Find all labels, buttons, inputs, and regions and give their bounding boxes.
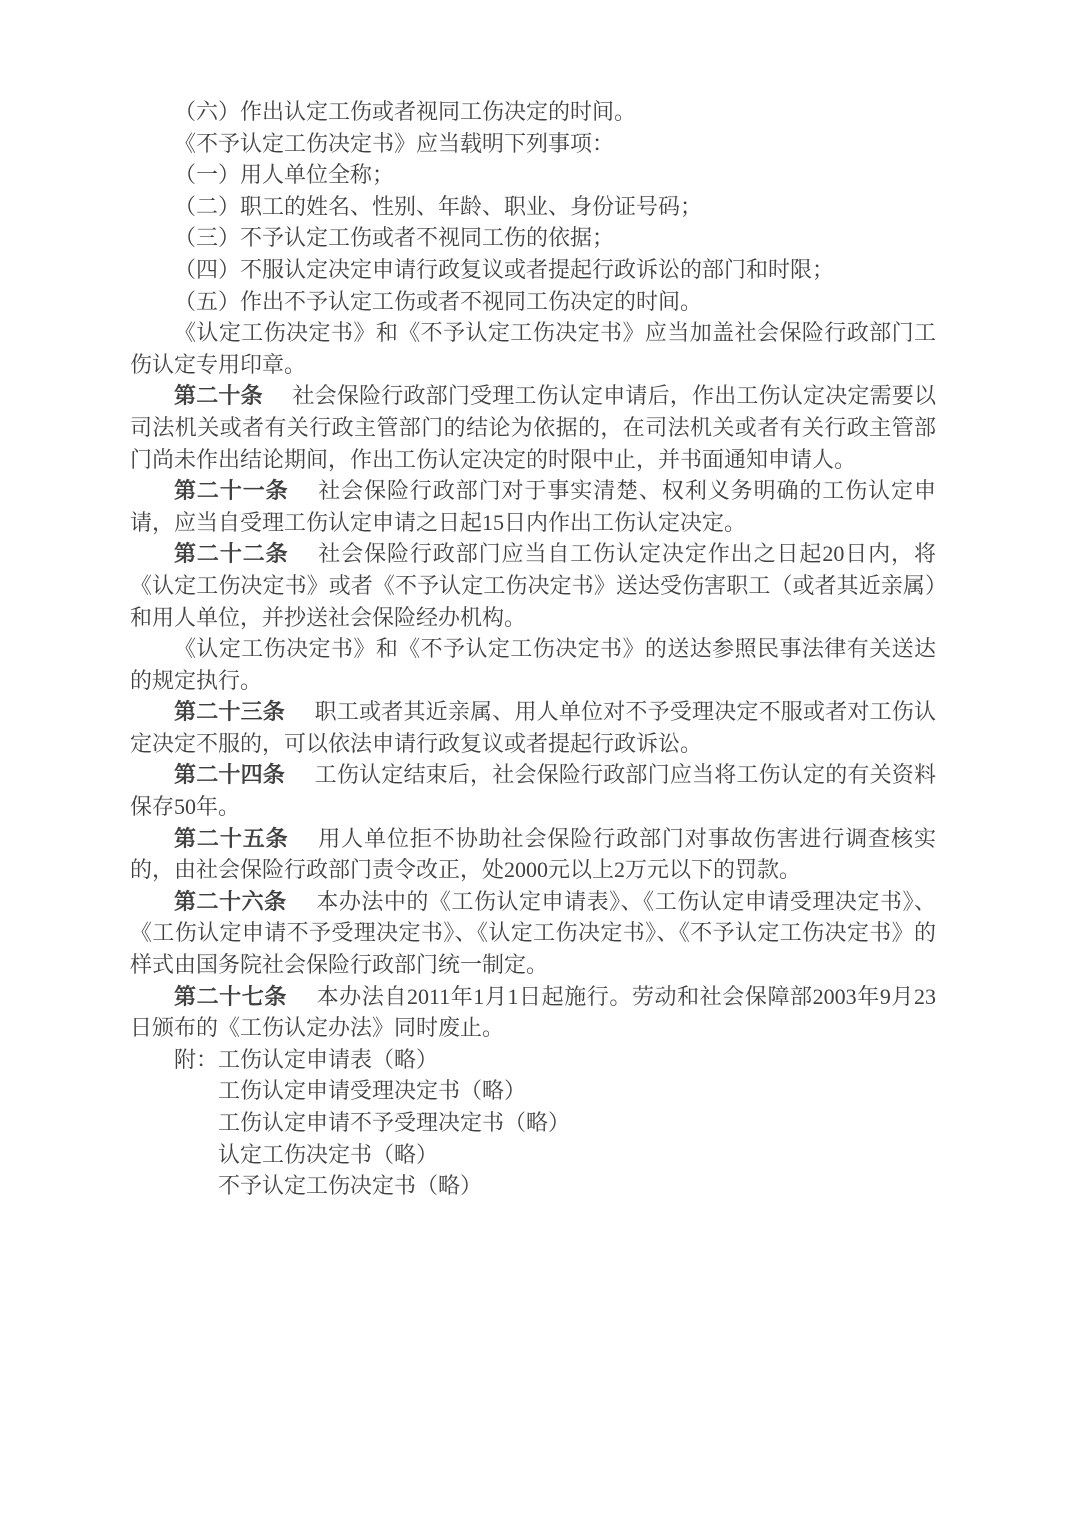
- attachment-line: 附：工伤认定申请表（略）: [130, 1044, 936, 1076]
- paragraph-text: （六）作出认定工伤或者视同工伤决定的时间。: [174, 99, 636, 124]
- attachment-line: 工伤认定申请受理决定书（略）: [130, 1075, 936, 1107]
- paragraph-text: （五）作出不予认定工伤或者不视同工伤决定的时间。: [174, 289, 702, 314]
- article-paragraph: 第二十二条社会保险行政部门应当自工伤认定决定作出之日起20日内，将《认定工伤决定…: [130, 538, 936, 633]
- attachment-line: 认定工伤决定书（略）: [130, 1139, 936, 1171]
- paragraph-text: 工伤认定申请受理决定书（略）: [218, 1078, 526, 1103]
- article-number: 第二十六条: [174, 889, 287, 914]
- article-paragraph: 第二十七条本办法自2011年1月1日起施行。劳动和社会保障部2003年9月23日…: [130, 981, 936, 1044]
- article-number: 第二十四条: [174, 762, 285, 787]
- body-paragraph: 《不予认定工伤决定书》应当载明下列事项：: [130, 128, 936, 160]
- paragraph-text: 《不予认定工伤决定书》应当载明下列事项：: [174, 131, 614, 156]
- paragraph-text: 不予认定工伤决定书（略）: [218, 1173, 482, 1198]
- document-content: （六）作出认定工伤或者视同工伤决定的时间。《不予认定工伤决定书》应当载明下列事项…: [130, 96, 936, 1202]
- article-number: 第二十七条: [174, 984, 287, 1009]
- paragraph-text: （四）不服认定决定申请行政复议或者提起行政诉讼的部门和时限；: [174, 257, 834, 282]
- article-number: 第二十条: [174, 383, 263, 408]
- paragraph-text: （一）用人单位全称；: [174, 162, 394, 187]
- article-number: 第二十三条: [174, 699, 285, 724]
- attachment-line: 工伤认定申请不予受理决定书（略）: [130, 1107, 936, 1139]
- paragraph-text: 《认定工伤决定书》和《不予认定工伤决定书》应当加盖社会保险行政部门工伤认定专用印…: [130, 320, 936, 377]
- article-number: 第二十五条: [174, 826, 289, 851]
- body-paragraph: 《认定工伤决定书》和《不予认定工伤决定书》的送达参照民事法律有关送达的规定执行。: [130, 633, 936, 696]
- paragraph-text: （三）不予认定工伤或者不视同工伤的依据；: [174, 225, 614, 250]
- document-page: （六）作出认定工伤或者视同工伤决定的时间。《不予认定工伤决定书》应当载明下列事项…: [0, 0, 1074, 1520]
- article-number: 第二十一条: [174, 478, 289, 503]
- paragraph-text: 工伤认定申请表（略）: [218, 1047, 438, 1072]
- body-paragraph: （三）不予认定工伤或者不视同工伤的依据；: [130, 222, 936, 254]
- paragraph-text: （二）职工的姓名、性别、年龄、职业、身份证号码；: [174, 194, 702, 219]
- article-paragraph: 第二十一条社会保险行政部门对于事实清楚、权利义务明确的工伤认定申请，应当自受理工…: [130, 475, 936, 538]
- body-paragraph: （二）职工的姓名、性别、年龄、职业、身份证号码；: [130, 191, 936, 223]
- article-paragraph: 第二十条社会保险行政部门受理工伤认定申请后，作出工伤认定决定需要以司法机关或者有…: [130, 380, 936, 475]
- body-paragraph: 《认定工伤决定书》和《不予认定工伤决定书》应当加盖社会保险行政部门工伤认定专用印…: [130, 317, 936, 380]
- attachment-label: 附：: [174, 1047, 218, 1072]
- body-paragraph: （四）不服认定决定申请行政复议或者提起行政诉讼的部门和时限；: [130, 254, 936, 286]
- article-paragraph: 第二十三条职工或者其近亲属、用人单位对不予受理决定不服或者对工伤认定决定不服的，…: [130, 696, 936, 759]
- body-paragraph: （五）作出不予认定工伤或者不视同工伤决定的时间。: [130, 286, 936, 318]
- article-paragraph: 第二十六条本办法中的《工伤认定申请表》、《工伤认定申请受理决定书》、《工伤认定申…: [130, 886, 936, 981]
- paragraph-text: 《认定工伤决定书》和《不予认定工伤决定书》的送达参照民事法律有关送达的规定执行。: [130, 636, 936, 693]
- article-paragraph: 第二十五条用人单位拒不协助社会保险行政部门对事故伤害进行调查核实的，由社会保险行…: [130, 823, 936, 886]
- attachment-line: 不予认定工伤决定书（略）: [130, 1170, 936, 1202]
- paragraph-text: 认定工伤决定书（略）: [218, 1142, 438, 1167]
- article-paragraph: 第二十四条工伤认定结束后，社会保险行政部门应当将工伤认定的有关资料保存50年。: [130, 759, 936, 822]
- body-paragraph: （六）作出认定工伤或者视同工伤决定的时间。: [130, 96, 936, 128]
- paragraph-text: 工伤认定申请不予受理决定书（略）: [218, 1110, 570, 1135]
- article-number: 第二十二条: [174, 541, 289, 566]
- body-paragraph: （一）用人单位全称；: [130, 159, 936, 191]
